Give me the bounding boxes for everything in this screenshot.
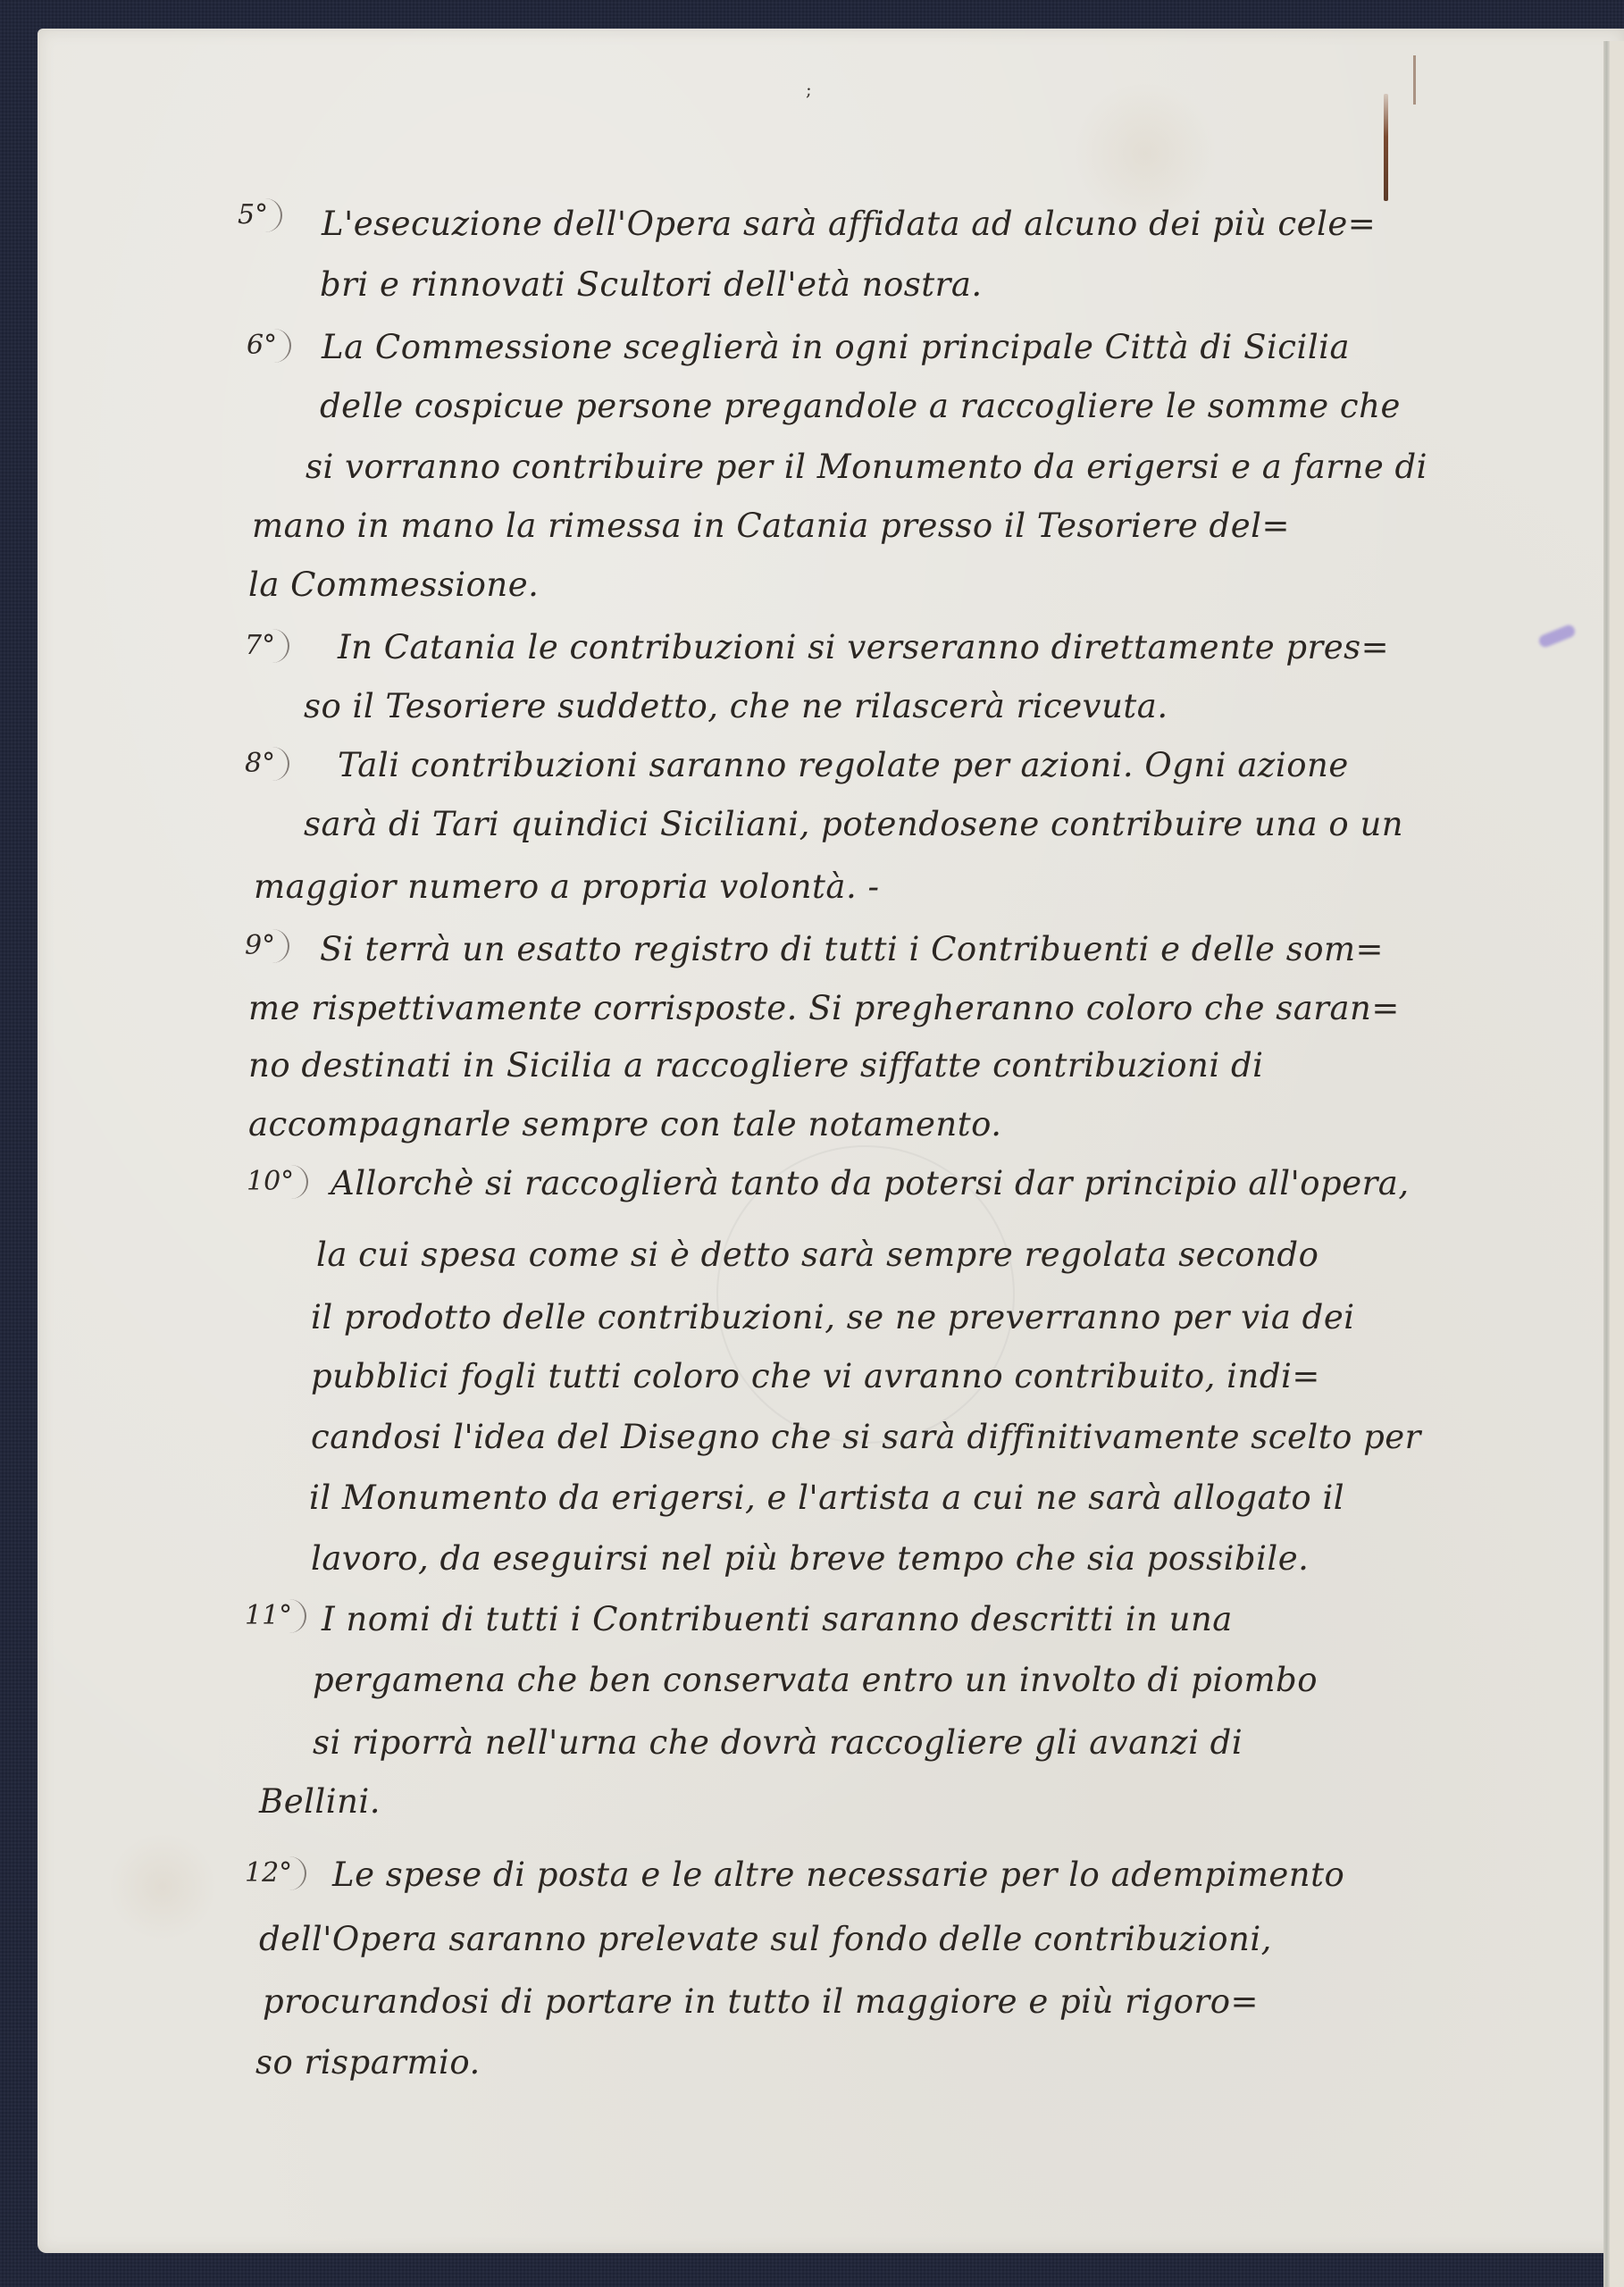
article-7-line-2: so il Tesoriere suddetto, che ne rilasce… [304, 690, 1168, 723]
article-number-8: 8° [238, 747, 289, 781]
article-number-6: 6° [239, 329, 291, 363]
article-6-line-1: La Commessione sceglierà in ogni princip… [322, 331, 1350, 364]
article-number-11: 11° [238, 1599, 306, 1633]
next-leaf-edge [1610, 41, 1624, 2287]
article-11-line-3: si riporrà nell'urna che dovrà raccoglie… [313, 1726, 1243, 1759]
article-10-line-1: Allorchè si raccoglierà tanto da potersi… [331, 1167, 1410, 1200]
article-6-line-2: delle cospicue persone pregandole a racc… [320, 390, 1401, 423]
article-10-line-4: pubblici fogli tutti coloro che vi avran… [311, 1360, 1320, 1393]
article-9-line-2: me rispettivamente corrisposte. Si pregh… [248, 992, 1400, 1025]
article-11-line-2: pergamena che ben conservata entro un in… [313, 1663, 1318, 1696]
rust-stain-small [1413, 55, 1416, 105]
article-9-line-1: Si terrà un esatto registro di tutti i C… [320, 933, 1384, 966]
article-number-10: 10° [239, 1165, 308, 1199]
article-5-line-2: bri e rinnovati Scultori dell'età nostra… [320, 268, 983, 301]
article-10-line-5: candosi l'idea del Disegno che si sarà d… [311, 1420, 1421, 1453]
article-12-line-2: dell'Opera saranno prelevate sul fondo d… [259, 1923, 1272, 1956]
rust-stain [1384, 94, 1388, 201]
article-number-12: 12° [238, 1856, 306, 1890]
article-8-line-2: sarà di Tari quindici Siciliani, potendo… [304, 808, 1403, 841]
article-11-line-1: I nomi di tutti i Contribuenti saranno d… [322, 1603, 1233, 1636]
article-7-line-1: In Catania le contribuzioni si verserann… [338, 631, 1389, 664]
article-number-5: 5° [230, 198, 282, 232]
article-10-line-7: lavoro, da eseguirsi nel più breve tempo… [311, 1542, 1309, 1575]
article-10-line-3: il prodotto delle contribuzioni, se ne p… [311, 1301, 1355, 1334]
article-10-line-2: la cui spesa come si è detto sarà sempre… [316, 1238, 1318, 1271]
article-8-line-3: maggior numero a propria volontà. - [254, 870, 880, 903]
article-9-line-3: no destinati in Sicilia a raccogliere si… [248, 1049, 1263, 1082]
top-pen-mark: ; [806, 79, 812, 100]
article-6-line-4: mano in mano la rimessa in Catania press… [252, 509, 1290, 542]
article-5-line-1: L'esecuzione dell'Opera sarà affidata ad… [322, 207, 1376, 240]
article-8-line-1: Tali contribuzioni saranno regolate per … [338, 749, 1349, 782]
article-9-line-4: accompagnarle sempre con tale notamento. [248, 1108, 1001, 1141]
article-6-line-5: la Commessione. [248, 568, 539, 601]
article-11-line-4: Bellini. [259, 1785, 381, 1818]
page-fold [1603, 41, 1610, 2287]
article-12-line-1: Le spese di posta e le altre necessarie … [332, 1858, 1344, 1891]
article-number-9: 9° [238, 929, 289, 963]
article-10-line-6: il Monumento da erigersi, e l'artista a … [309, 1481, 1344, 1514]
article-6-line-3: si vorranno contribuire per il Monumento… [306, 450, 1427, 483]
article-12-line-4: so risparmio. [255, 2046, 481, 2079]
article-number-7: 7° [238, 629, 289, 663]
article-12-line-3: procurandosi di portare in tutto il magg… [263, 1985, 1259, 2018]
